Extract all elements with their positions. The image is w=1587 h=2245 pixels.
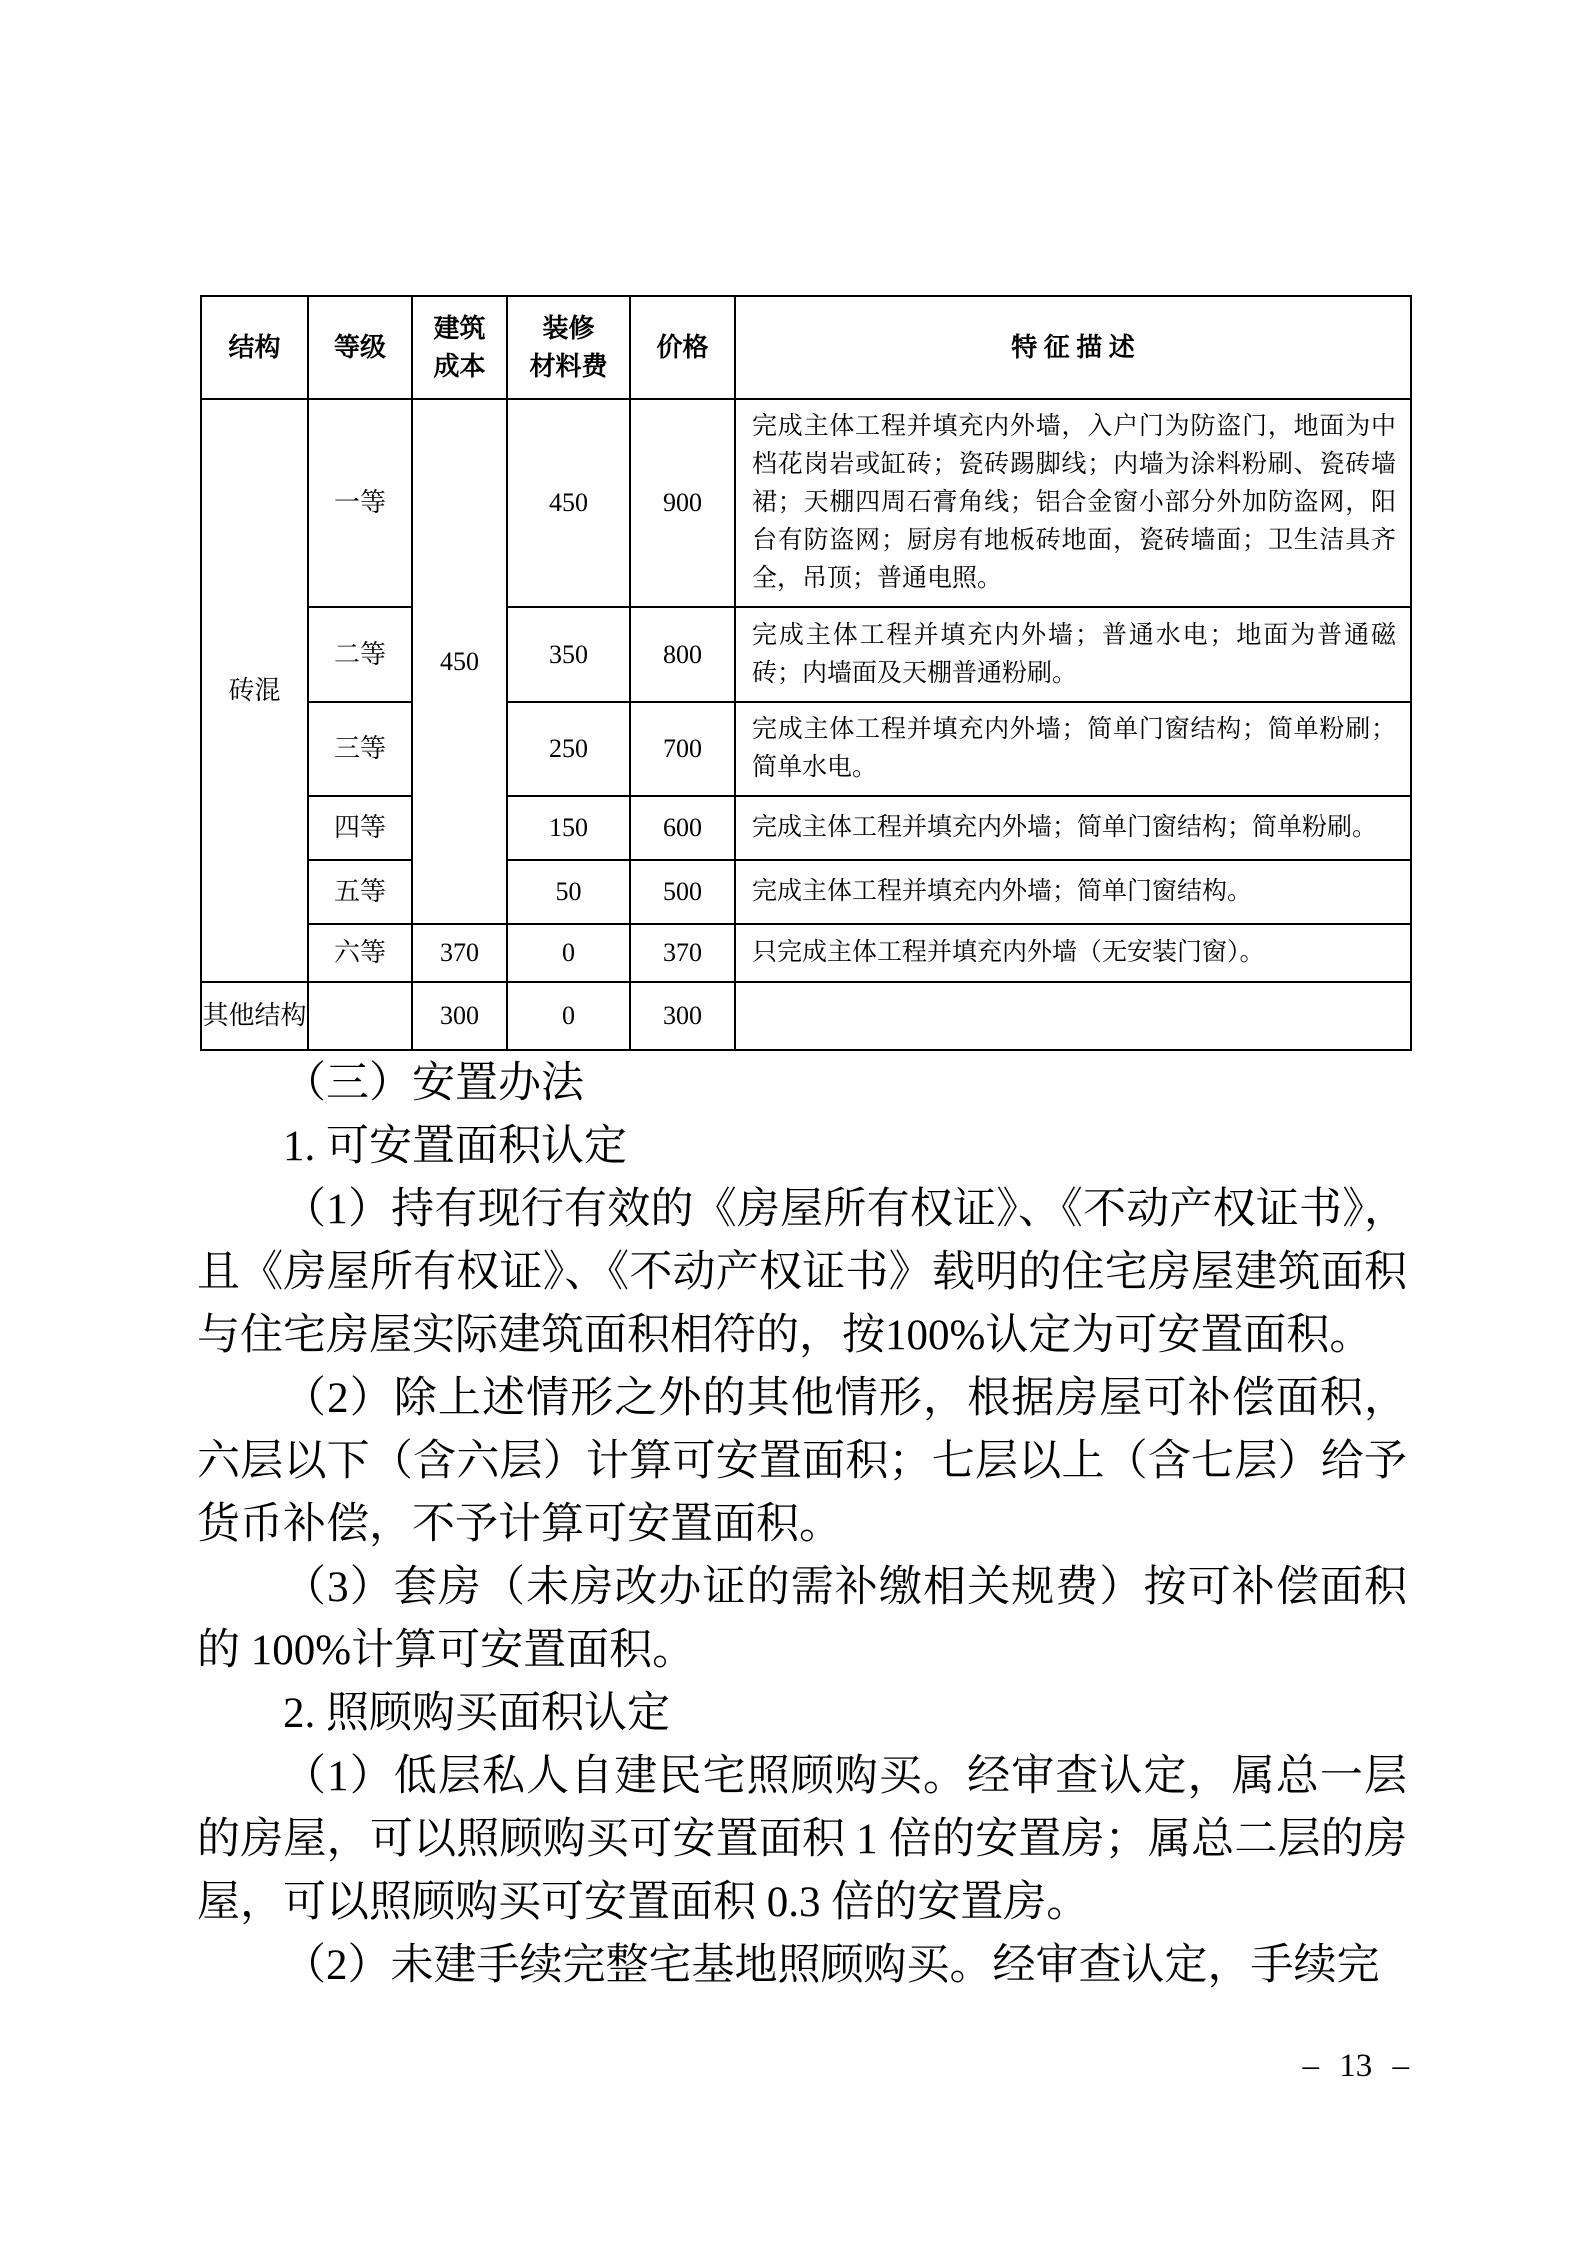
table-row-grade3: 三等 250 700 完成主体工程并填充内外墙；简单门窗结构；简单粉刷；简单水电… xyxy=(201,702,1411,796)
paragraph-2-2: （2）未建手续完整宅基地照顾购买。经审查认定，手续完 xyxy=(197,1934,1407,1997)
col-header-description: 特 征 描 述 xyxy=(735,296,1411,399)
material-fee-cell: 0 xyxy=(507,982,630,1050)
description-cell: 完成主体工程并填充内外墙；简单门窗结构；简单粉刷。 xyxy=(735,796,1411,860)
build-cost-cell: 300 xyxy=(412,982,507,1050)
build-cost-cell: 370 xyxy=(412,924,507,982)
material-fee-cell: 350 xyxy=(507,607,630,702)
paragraph-1-2: （2）除上述情形之外的其他情形，根据房屋可补偿面积，六层以下（含六层）计算可安置… xyxy=(197,1367,1407,1556)
table-row-grade5: 五等 50 500 完成主体工程并填充内外墙；简单门窗结构。 xyxy=(201,860,1411,924)
grade-cell: 三等 xyxy=(308,702,412,796)
paragraph-2-1: （1）低层私人自建民宅照顾购买。经审查认定，属总一层的房屋，可以照顾购买可安置面… xyxy=(197,1745,1407,1934)
col-header-price: 价格 xyxy=(630,296,735,399)
numbered-item-2-heading: 2. 照顾购买面积认定 xyxy=(197,1682,1407,1745)
grade-cell: 二等 xyxy=(308,607,412,702)
description-cell: 只完成主体工程并填充内外墙（无安装门窗）。 xyxy=(735,924,1411,982)
paragraph-1-1: （1）持有现行有效的《房屋所有权证》、《不动产权证书》，且《房屋所有权证》、《不… xyxy=(197,1178,1407,1367)
grade-cell: 六等 xyxy=(308,924,412,982)
structure-cell-brick: 砖混 xyxy=(201,399,308,982)
description-cell: 完成主体工程并填充内外墙，入户门为防盗门，地面为中档花岗岩或缸砖；瓷砖踢脚线；内… xyxy=(735,399,1411,607)
material-fee-cell: 150 xyxy=(507,796,630,860)
document-body: （三）安置办法 1. 可安置面积认定 （1）持有现行有效的《房屋所有权证》、《不… xyxy=(197,1052,1407,1997)
description-cell: 完成主体工程并填充内外墙；普通水电；地面为普通磁砖；内墙面及天棚普通粉刷。 xyxy=(735,607,1411,702)
housing-grade-price-table: 结构 等级 建筑 成本 装修 材料费 价格 特 征 描 述 砖混 一等 450 … xyxy=(200,295,1412,1051)
material-fee-cell: 0 xyxy=(507,924,630,982)
paragraph-1-3: （3）套房（未房改办证的需补缴相关规费）按可补偿面积的 100%计算可安置面积。 xyxy=(197,1556,1407,1682)
price-cell: 500 xyxy=(630,860,735,924)
col-header-material-fee: 装修 材料费 xyxy=(507,296,630,399)
description-cell xyxy=(735,982,1411,1050)
col-header-grade: 等级 xyxy=(308,296,412,399)
table-row-grade4: 四等 150 600 完成主体工程并填充内外墙；简单门窗结构；简单粉刷。 xyxy=(201,796,1411,860)
table-header-row: 结构 等级 建筑 成本 装修 材料费 价格 特 征 描 述 xyxy=(201,296,1411,399)
material-fee-cell: 250 xyxy=(507,702,630,796)
price-cell: 370 xyxy=(630,924,735,982)
price-cell: 800 xyxy=(630,607,735,702)
table-row-grade1: 砖混 一等 450 450 900 完成主体工程并填充内外墙，入户门为防盗门，地… xyxy=(201,399,1411,607)
page-number: – 13 – xyxy=(1303,2048,1410,2085)
table-row-grade2: 二等 350 800 完成主体工程并填充内外墙；普通水电；地面为普通磁砖；内墙面… xyxy=(201,607,1411,702)
section-heading: （三）安置办法 xyxy=(197,1052,1407,1115)
build-cost-cell: 450 xyxy=(412,399,507,924)
col-header-build-cost: 建筑 成本 xyxy=(412,296,507,399)
document-page: 结构 等级 建筑 成本 装修 材料费 价格 特 征 描 述 砖混 一等 450 … xyxy=(0,0,1587,2245)
material-fee-cell: 50 xyxy=(507,860,630,924)
price-cell: 300 xyxy=(630,982,735,1050)
description-cell: 完成主体工程并填充内外墙；简单门窗结构；简单粉刷；简单水电。 xyxy=(735,702,1411,796)
grade-cell: 四等 xyxy=(308,796,412,860)
price-cell: 700 xyxy=(630,702,735,796)
table-row-grade6: 六等 370 0 370 只完成主体工程并填充内外墙（无安装门窗）。 xyxy=(201,924,1411,982)
numbered-item-1-heading: 1. 可安置面积认定 xyxy=(197,1115,1407,1178)
grade-cell: 五等 xyxy=(308,860,412,924)
grade-cell xyxy=(308,982,412,1050)
price-cell: 900 xyxy=(630,399,735,607)
grade-cell: 一等 xyxy=(308,399,412,607)
col-header-structure: 结构 xyxy=(201,296,308,399)
material-fee-cell: 450 xyxy=(507,399,630,607)
table-row-other-structure: 其他结构 300 0 300 xyxy=(201,982,1411,1050)
price-cell: 600 xyxy=(630,796,735,860)
structure-cell-other: 其他结构 xyxy=(201,982,308,1050)
description-cell: 完成主体工程并填充内外墙；简单门窗结构。 xyxy=(735,860,1411,924)
